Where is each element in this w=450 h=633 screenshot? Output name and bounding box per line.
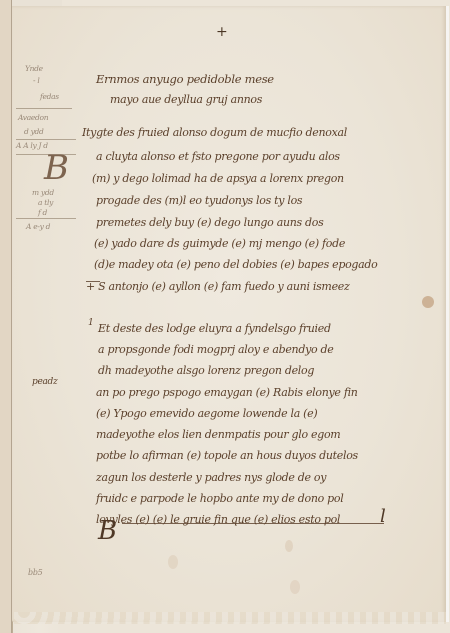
margin-note: f d <box>38 208 47 217</box>
margin-note: - l <box>33 76 39 85</box>
header-cross-mark: + <box>216 24 227 40</box>
paragraph-2-line: madeyothe elos lien denmpatis pour glo e… <box>96 428 340 441</box>
paragraph-1-line: (m) y dego lolimad ha de apsya a lorenx … <box>92 172 344 185</box>
heading-line: Ernmos anyugo pedidoble mese <box>96 72 274 86</box>
paper-stain <box>290 580 300 594</box>
paper-stain <box>168 555 178 569</box>
margin-note: Avaedon <box>18 113 48 122</box>
margin-initial: B <box>44 148 69 188</box>
paragraph-1-line: Itygte des fruied alonso dogum de mucfio… <box>82 126 347 139</box>
folio-note: bb5 <box>28 568 42 577</box>
paragraph-2-line: fruidc e parpode le hopbo ante my de don… <box>96 492 343 505</box>
binding-margin-rule <box>11 0 12 633</box>
paragraph-2-line: dh madeyothe alsgo lorenz pregon delog <box>98 364 314 377</box>
paragraph-2-margin-note: peadz <box>32 377 57 387</box>
ink-stain <box>422 296 434 308</box>
margin-note: d ydd <box>24 127 44 136</box>
margin-rule-line <box>16 218 76 219</box>
signature-flourish-left: B <box>98 516 117 546</box>
paragraph-1-line: (e) yado dare ds guimyde (e) mj mengo (e… <box>94 237 345 250</box>
paragraph-2-line: Et deste des lodge eluyra a fyndelsgo fr… <box>98 322 331 335</box>
paragraph-2-line: an po prego pspogo emaygan (e) Rabis elo… <box>96 386 358 399</box>
margin-note: A e-y d <box>26 222 50 231</box>
margin-note: fedas <box>40 92 59 101</box>
paragraph-1-line: + S antonjo (e) ayllon (e) fam fuedo y a… <box>86 280 349 293</box>
paragraph-1-line: a cluyta alonso et fsto pregone por ayud… <box>96 150 340 163</box>
margin-note: a tly <box>38 198 53 207</box>
paragraph-2-line: potbe lo afirman (e) topole an hous duyo… <box>96 449 358 462</box>
signature-flourish-right: l <box>380 506 386 527</box>
line-filler-stroke <box>86 281 100 282</box>
closing-rule-line <box>122 523 384 524</box>
paragraph-2-line: (e) Ypogo emevido aegome lowende la (e) <box>96 407 317 420</box>
page-deckle-edge <box>14 612 446 624</box>
paragraph-2-marker: 1 <box>88 318 93 328</box>
margin-note: Ynde <box>25 64 43 73</box>
margin-note: m ydd <box>32 188 54 197</box>
paragraph-1-line: (d)e madey ota (e) peno del dobies (e) b… <box>94 258 378 271</box>
paragraph-1-line: progade des (m)l eo tyudonys los ty los <box>96 194 302 207</box>
paragraph-2-line: lovyles (e) (e) le gruie fin que (e) eli… <box>96 513 340 526</box>
heading-line: mayo aue deyllua gruj annos <box>110 93 262 106</box>
margin-rule-line <box>16 139 76 140</box>
paragraph-2-line: zagun los desterle y padres nys glode de… <box>96 471 326 484</box>
paragraph-2-line: a propsgonde fodi mogprj aloy e abendyo … <box>98 343 333 356</box>
margin-rule-line <box>16 108 72 109</box>
paper-stain <box>285 540 293 552</box>
paragraph-1-line: premetes dely buy (e) dego lungo auns do… <box>96 216 323 229</box>
